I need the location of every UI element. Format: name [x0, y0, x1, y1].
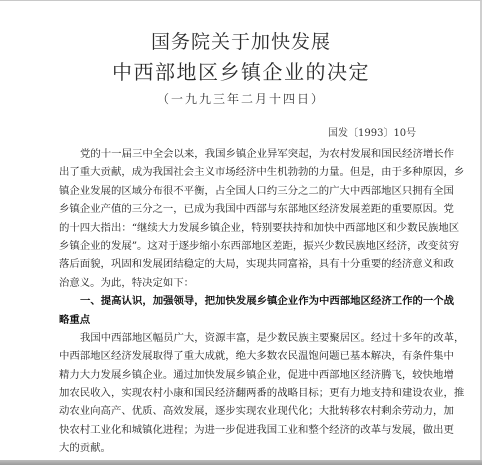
paragraph-line: 精力大力发展乡镇企业。通过加快发展乡镇企业，促进中西部地区经济腾飞，较快地增	[59, 366, 417, 384]
document-number: 国发〔1993〕10号	[328, 124, 416, 139]
paragraph-line: 治意义。为此，特决定如下：	[59, 274, 417, 292]
paragraph-line: 我国中西部地区幅员广大，资源丰富，是少数民族主要聚居区。经过十多年的改革，	[59, 329, 417, 347]
paragraph-line: 乡镇企业的发展”。这对于逐步缩小东西部地区差距，振兴少数民族地区经济，改变贫穷	[59, 237, 417, 255]
paragraph-line: 乡镇企业产值的三分之一，已成为我国中西部与东部地区经济发展差距的重要原因。党	[59, 200, 417, 218]
paragraph-line: 落后面貌，巩固和发展团结稳定的大局，实现共同富裕，具有十分重要的经济意义和政	[59, 255, 417, 273]
paragraph-line: 大的贡献。	[59, 439, 417, 457]
paragraph-line: 快农村工业化和城镇化进程；为进一步促进我国工业和整个经济的改革与发展，做出更	[59, 421, 417, 439]
paragraph-line: 出了重大贡献，成为我国社会主义市场经济中生机勃勃的力量。但是，由于多种原因，乡	[59, 163, 417, 181]
section-heading: 一、提高认识，加强领导，把加快发展乡镇企业作为中西部地区经济工作的一个战	[59, 292, 417, 310]
paragraph-line: 党的十一届三中全会以来，我国乡镇企业异军突起，为农村发展和国民经济增长作	[59, 145, 417, 163]
section-heading: 略重点	[59, 311, 417, 329]
paragraph-line: 加农民收入，实现农村小康和国民经济翻两番的战略目标；更有力地支持和建设农业，推	[59, 384, 417, 402]
paragraph-line: 动农业向高产、优质、高效发展，逐步实现农业现代化；大批转移农村剩余劳动力，加	[59, 402, 417, 420]
document-title-line2: 中西部地区乡镇企业的决定	[0, 56, 482, 85]
paragraph-line: 中西部地区经济发展取得了重大成就，绝大多数农民温饱问题已基本解决，有条件集中	[59, 347, 417, 365]
document-title-line1: 国务院关于加快发展	[0, 27, 482, 54]
page-bottom-shadow	[0, 460, 482, 465]
paragraph-line: 的十四大指出：“继续大力发展乡镇企业，特别要扶持和加快中西部地区和少数民族地区	[59, 219, 417, 237]
document-page: 国务院关于加快发展 中西部地区乡镇企业的决定 （一九九三年二月十四日） 国发〔1…	[0, 0, 482, 460]
paragraph-line: 镇企业发展的区域分布很不平衡，占全国人口约三分之二的广大中西部地区只拥有全国	[59, 182, 417, 200]
document-date: （一九九三年二月十四日）	[0, 90, 482, 107]
document-body: 党的十一届三中全会以来，我国乡镇企业异军突起，为农村发展和国民经济增长作 出了重…	[59, 145, 417, 458]
